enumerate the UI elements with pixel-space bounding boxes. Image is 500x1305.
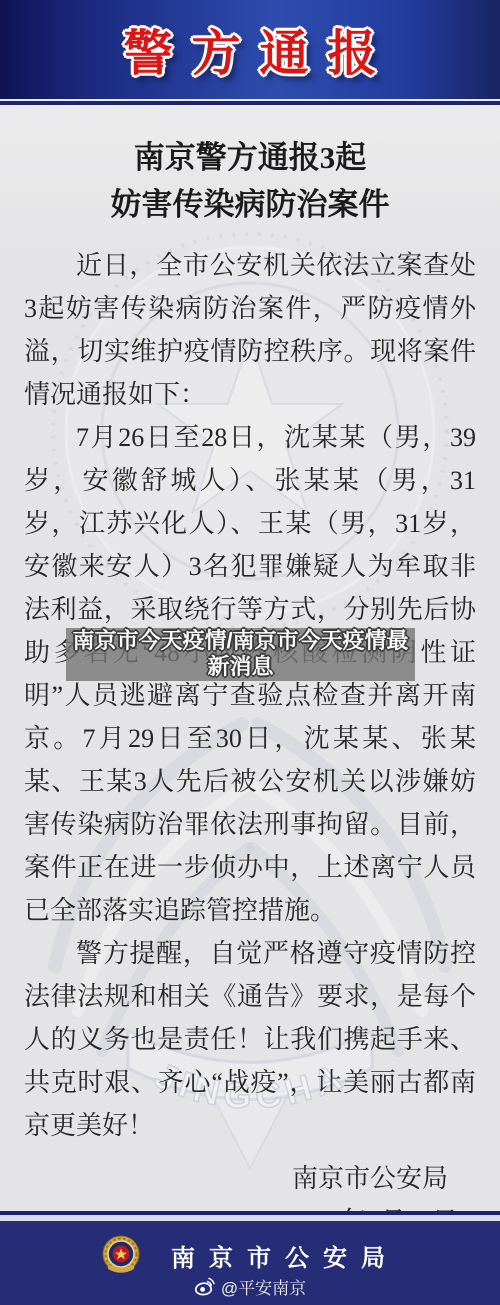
signature-agency: 南京市公安局	[24, 1157, 476, 1200]
notice-title-line2: 妨害传染病防治案件	[24, 181, 476, 228]
footer-weibo-row: @平安南京	[0, 1275, 500, 1297]
poster-header-title: 警方通报	[104, 15, 395, 85]
weibo-icon	[194, 1277, 215, 1296]
footer-agency-row: 南京市公安局	[0, 1221, 500, 1275]
caption-overlay: 南京市今天疫情/南京市今天疫情最新消息	[66, 628, 415, 681]
footer-weibo-handle: @平安南京	[221, 1274, 306, 1299]
police-notice-poster: 警方通报 JINGCHA	[0, 0, 500, 1305]
caption-overlay-text: 南京市今天疫情/南京市今天疫情最新消息	[66, 628, 415, 680]
notice-title: 南京警方通报3起 妨害传染病防治案件	[24, 106, 476, 228]
notice-title-line1: 南京警方通报3起	[24, 134, 476, 181]
notice-paragraph: 近日，全市公安机关依法立案查处3起妨害传染病防治案件，严防疫情外溢，切实维护疫情…	[24, 244, 476, 416]
poster-header: 警方通报	[0, 0, 500, 99]
footer-agency-name: 南京市公安局	[157, 1238, 399, 1273]
signature-block: 南京市公安局 2021年7月31日	[24, 1157, 476, 1211]
poster-footer: 南京市公安局 @平安南京	[0, 1221, 500, 1305]
notice-paragraph: 警方提醒，自觉严格遵守疫情防控法律法规和相关《通告》要求，是每个人的义务也是责任…	[24, 932, 476, 1147]
notice-paragraphs: 近日，全市公安机关依法立案查处3起妨害传染病防治案件，严防疫情外溢，切实维护疫情…	[24, 244, 476, 1147]
signature-date: 2021年7月31日	[24, 1200, 476, 1211]
police-badge-icon	[101, 1235, 141, 1275]
